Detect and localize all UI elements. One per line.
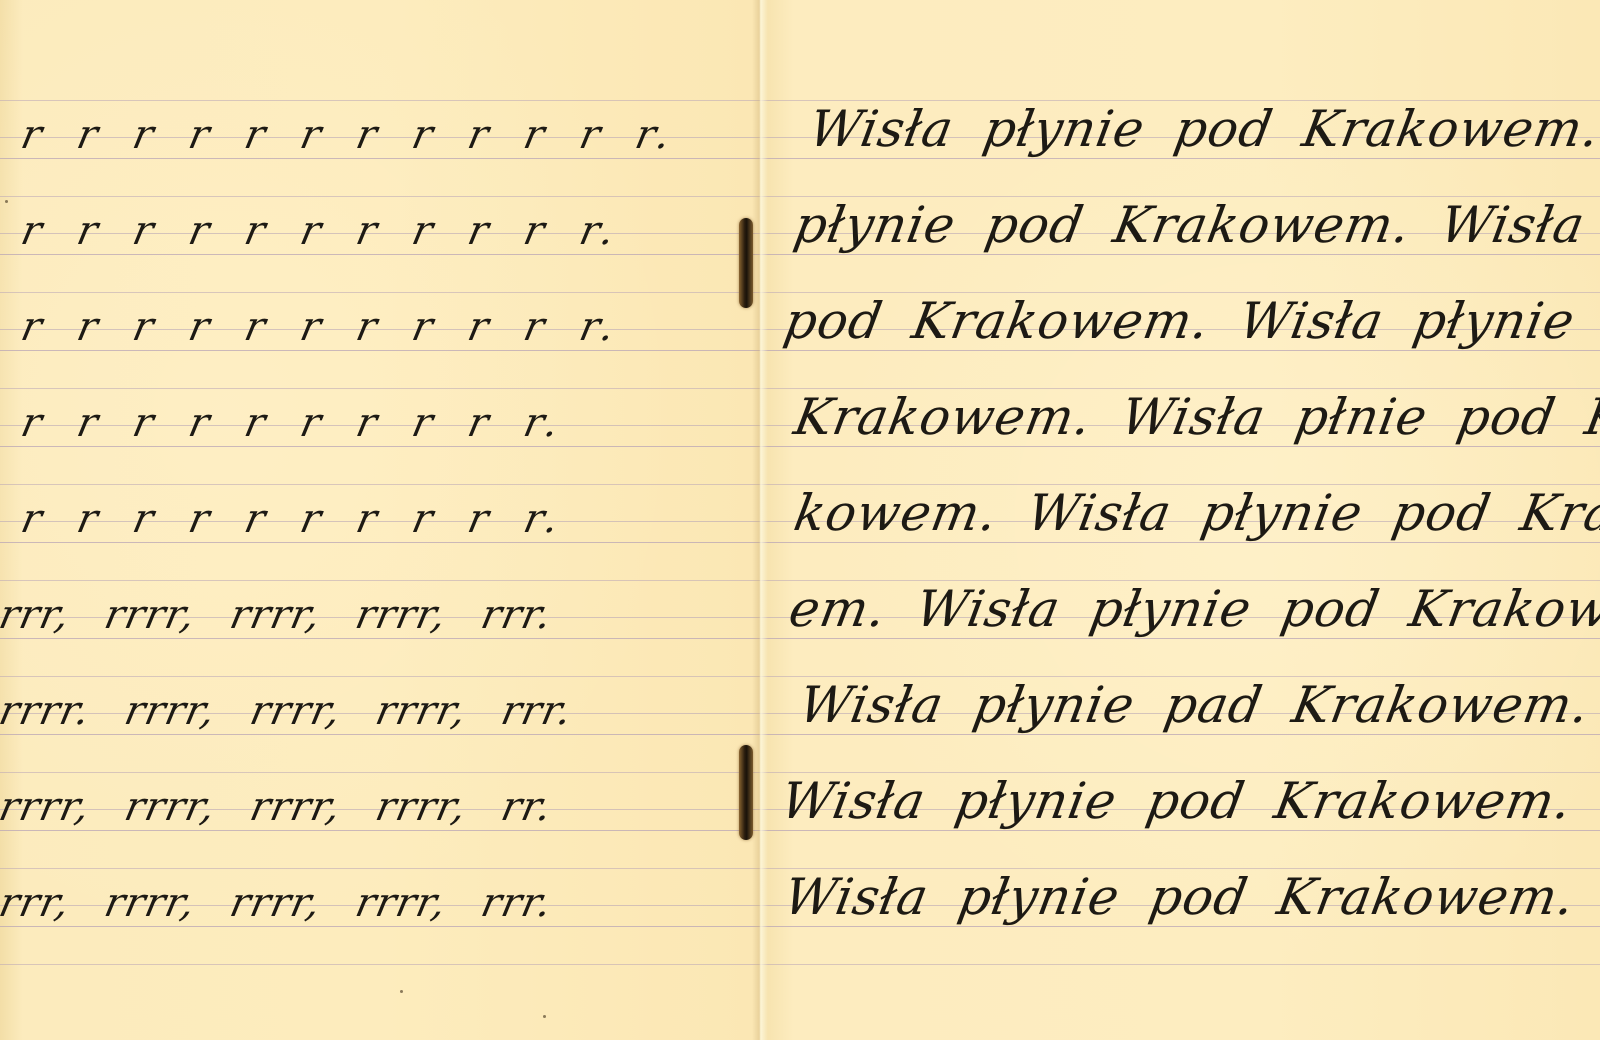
ruling-line (760, 830, 1600, 831)
ruling-line (0, 292, 760, 293)
handwriting-row: rrrr. rrrr, rrrr, rrrr, rrr. (0, 688, 577, 734)
ruling-line (760, 158, 1600, 159)
ruling-line (0, 772, 760, 773)
ruling-line (0, 350, 760, 351)
ruling-line (0, 926, 760, 927)
handwriting-row: em. Wisła płynie pod Krakowem (785, 580, 1600, 638)
ruling-line (0, 484, 760, 485)
ruling-line (0, 446, 760, 447)
ruling-line (0, 158, 760, 159)
ruling-line (760, 964, 1600, 965)
staple-top (739, 218, 753, 308)
paper-speck (400, 990, 403, 993)
paper-speck (543, 1015, 546, 1018)
center-fold (752, 0, 768, 1040)
ruling-line (0, 542, 760, 543)
paper-speck (5, 200, 8, 203)
ruling-line (0, 676, 760, 677)
handwriting-row: Wisła płynie pod Krakowem. (780, 868, 1580, 926)
ruling-line (0, 638, 760, 639)
ruling-line (760, 542, 1600, 543)
ruling-line (760, 926, 1600, 927)
handwriting-row: płynie pod Krakowem. Wisła płyni (790, 196, 1600, 254)
staple-bottom (739, 745, 753, 840)
ruling-line (760, 734, 1600, 735)
handwriting-row: Krakowem. Wisła płnie pod Kra= (790, 388, 1600, 446)
ruling-line (0, 868, 760, 869)
handwriting-row: rrrr, rrrr, rrrr, rrrr, rr. (0, 784, 557, 830)
ruling-line (760, 638, 1600, 639)
handwriting-row: r r r r r r r r r r. (17, 400, 569, 446)
handwriting-row: r r r r r r r r r r r. (17, 208, 625, 254)
ruling-line (760, 446, 1600, 447)
ruling-line (0, 734, 760, 735)
ruling-line (760, 254, 1600, 255)
ruling-line (0, 830, 760, 831)
handwriting-row: Wisła płynie pad Krakowem. (795, 676, 1594, 734)
handwriting-row: Wisła płynie pod Krakowem. (777, 772, 1577, 830)
notebook-spread: r r r r r r r r r r r r. r r r r r r r r… (0, 0, 1600, 1040)
handwriting-row: rrr, rrrr, rrrr, rrrr, rrr. (0, 880, 557, 926)
handwriting-row: pod Krakowem. Wisła płynie poc (780, 292, 1600, 350)
handwriting-row: r r r r r r r r r r r r. (17, 112, 680, 158)
ruling-line (0, 964, 760, 965)
handwriting-row: Wisła płynie pod Krakowem. Wisła (805, 100, 1600, 158)
ruling-line (0, 580, 760, 581)
ruling-line (0, 196, 760, 197)
handwriting-row: r r r r r r r r r r r. (17, 304, 625, 350)
ruling-line (0, 254, 760, 255)
handwriting-row: r r r r r r r r r r. (17, 496, 569, 542)
ruling-line (0, 388, 760, 389)
handwriting-row: rrr, rrrr, rrrr, rrrr, rrr. (0, 592, 557, 638)
ruling-line (760, 350, 1600, 351)
handwriting-row: kowem. Wisła płynie pod Krakow- (790, 484, 1600, 542)
ruling-line (0, 100, 760, 101)
